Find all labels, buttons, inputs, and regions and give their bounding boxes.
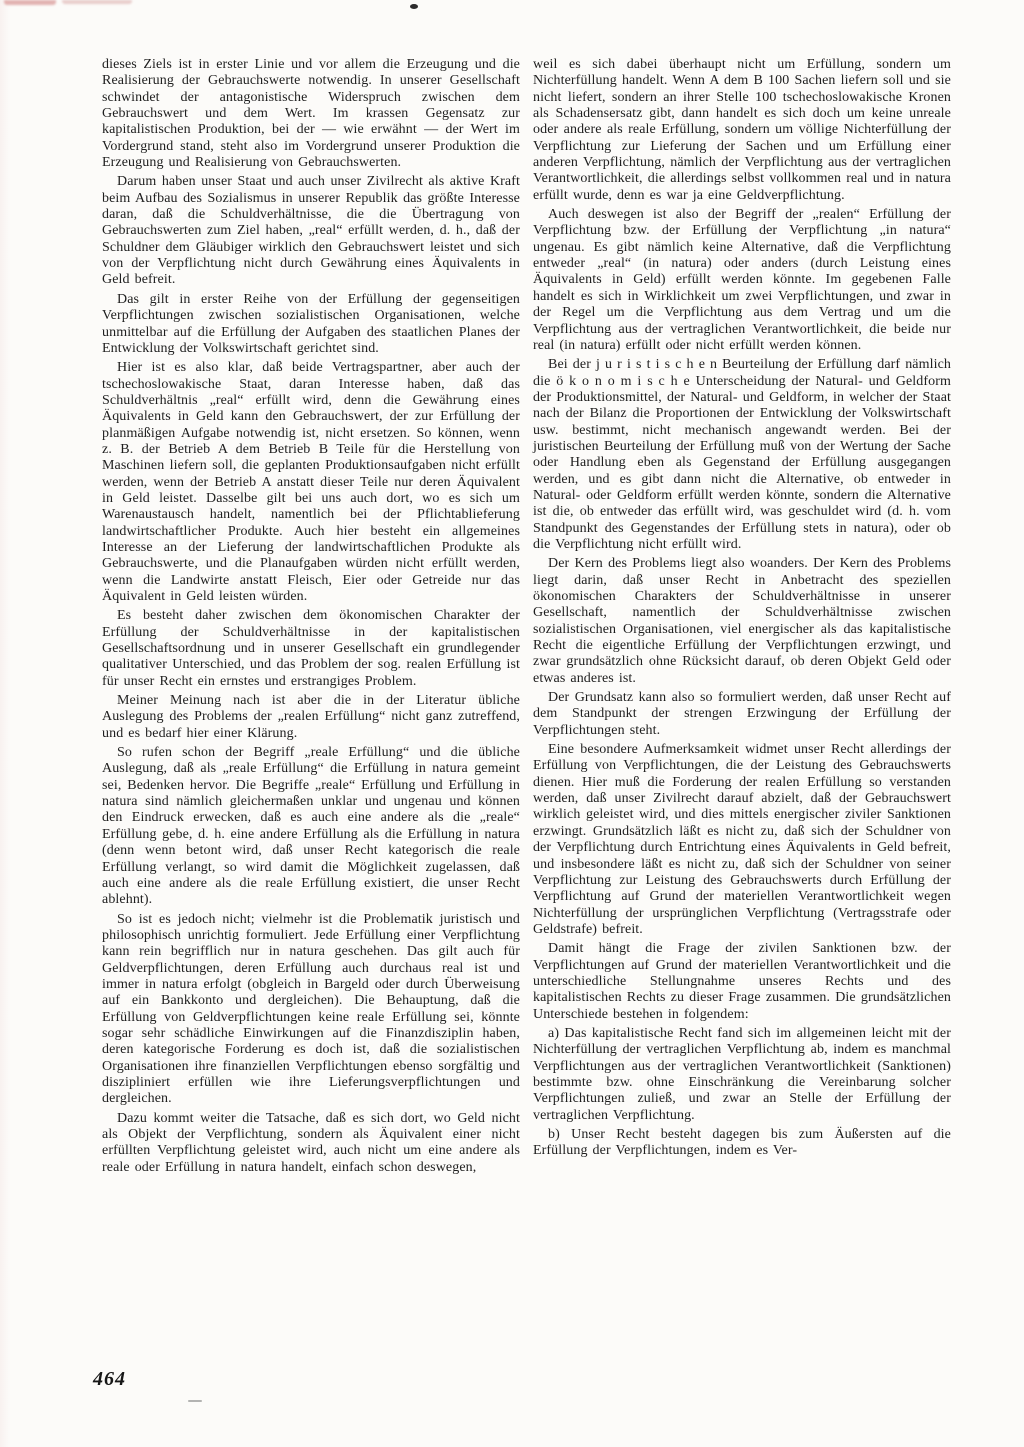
scan-artifact-red-mark <box>4 0 56 5</box>
paragraph: Hier ist es also klar, daß beide Vertrag… <box>102 360 520 605</box>
paragraph: a) Das kapitalistische Recht fand sich i… <box>533 1026 951 1124</box>
scan-edge-tint <box>0 0 10 1447</box>
paragraph: Der Grundsatz kann also so formuliert we… <box>533 690 951 739</box>
paragraph: Bei der j u r i s t i s c h e n Beurteil… <box>533 357 951 553</box>
paragraph: So ist es jedoch nicht; vielmehr ist die… <box>102 912 520 1108</box>
paragraph: Auch deswegen ist also der Begriff der „… <box>533 207 951 354</box>
paragraph: Das gilt in erster Reihe von der Erfüllu… <box>102 292 520 357</box>
paragraph: Darum haben unser Staat und auch unser Z… <box>102 174 520 288</box>
scanned-document-page: dieses Ziels ist in erster Linie und vor… <box>0 0 1024 1447</box>
paragraph: So rufen schon der Begriff „reale Erfüll… <box>102 745 520 908</box>
paragraph: Eine besondere Aufmerksamkeit widmet uns… <box>533 742 951 938</box>
scan-artifact-ink-speck <box>410 4 418 9</box>
paragraph: Meiner Meinung nach ist aber die in der … <box>102 693 520 742</box>
paragraph: Damit hängt die Frage der zivilen Sankti… <box>533 941 951 1023</box>
paragraph: Es besteht daher zwischen dem ökonomisch… <box>102 608 520 690</box>
scan-artifact-dash <box>188 1400 202 1402</box>
paragraph: weil es sich dabei überhaupt nicht um Er… <box>533 57 951 204</box>
paragraph: Der Kern des Problems liegt also woander… <box>533 556 951 687</box>
paragraph: dieses Ziels ist in erster Linie und vor… <box>102 57 520 171</box>
paragraph: Dazu kommt weiter die Tatsache, daß es s… <box>102 1111 520 1176</box>
right-column: weil es sich dabei überhaupt nicht um Er… <box>533 57 951 1160</box>
page-number: 464 <box>93 1368 126 1391</box>
paragraph: b) Unser Recht besteht dagegen bis zum Ä… <box>533 1127 951 1160</box>
scan-artifact-red-mark <box>62 0 132 4</box>
left-column: dieses Ziels ist in erster Linie und vor… <box>102 57 520 1176</box>
